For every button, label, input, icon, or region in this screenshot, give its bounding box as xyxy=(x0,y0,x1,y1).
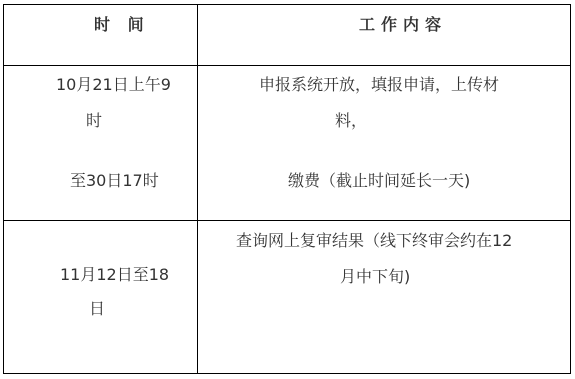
row2-time-line1: 11月12日至18 xyxy=(60,265,169,285)
column-divider xyxy=(197,5,198,373)
row1-content-line1: 申报系统开放，填报申请，上传材 xyxy=(259,75,499,95)
row1-content-line3: 缴费（截止时间延长一天) xyxy=(288,171,470,191)
row2-content-line2: 月中下旬) xyxy=(340,267,410,287)
row2-time-line2: 日 xyxy=(89,299,105,319)
row2-content-line1: 查询网上复审结果（线下终审会约在12 xyxy=(236,231,512,251)
row1-time-line3: 至30日17时 xyxy=(70,171,159,191)
row1-time-line1: 10月21日上午9 xyxy=(56,75,171,95)
row-divider xyxy=(4,65,570,66)
row1-time-line2: 时 xyxy=(86,111,102,131)
header-time: 时 间 xyxy=(94,15,150,35)
schedule-table: 时 间 工作内容 10月21日上午9 时 至30日17时 申报系统开放，填报申请… xyxy=(3,4,571,374)
row-divider xyxy=(4,220,570,221)
row1-content-line2: 料， xyxy=(335,111,367,131)
header-content: 工作内容 xyxy=(359,15,447,35)
